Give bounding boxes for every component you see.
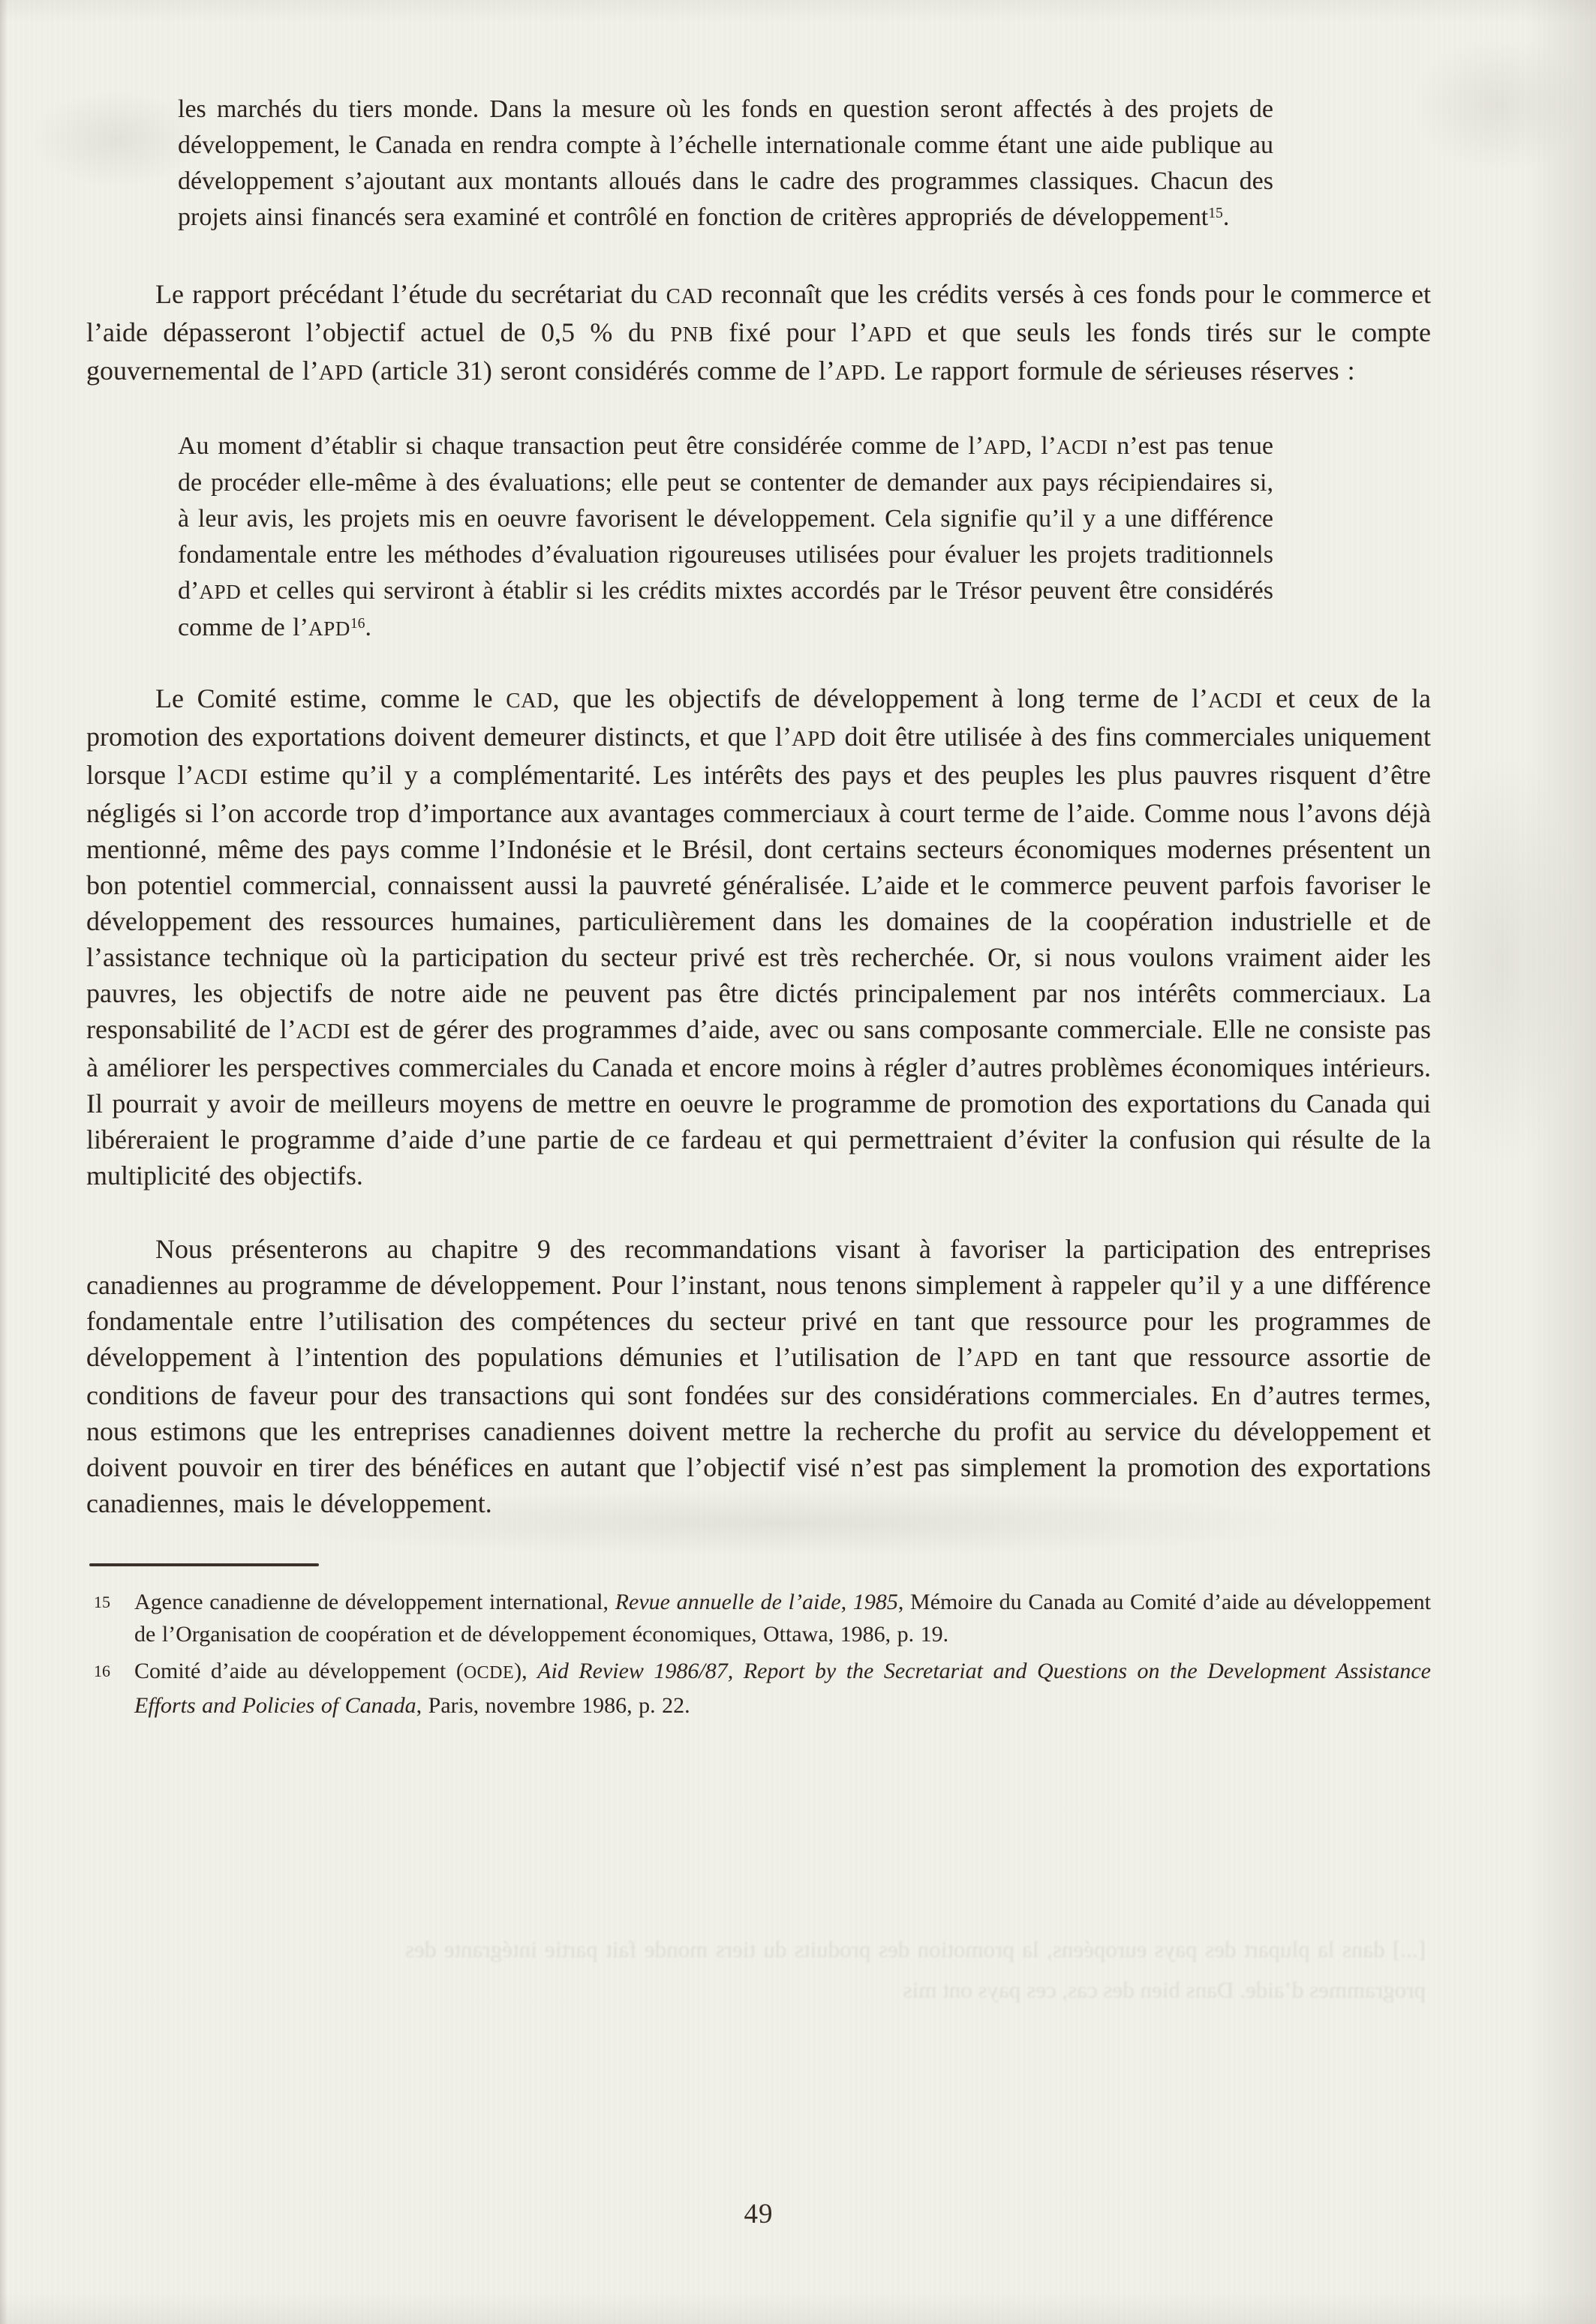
footnote-16: 16 Comité d’aide au développement (OCDE)… (86, 1655, 1431, 1722)
page-number: 49 (86, 2198, 1431, 2230)
blockquote-cad-reserves: Au moment d’établir si chaque transactio… (178, 428, 1273, 649)
bleedthrough-blob (1411, 38, 1583, 173)
footnote-text: Agence canadienne de développement inter… (134, 1590, 1431, 1647)
footnote-15: 15 Agence canadienne de développement in… (86, 1586, 1431, 1650)
quote-continuation: les marchés du tiers monde. Dans la mesu… (178, 92, 1273, 239)
scanned-book-page: [...] dans la plupart des pays européens… (0, 0, 1596, 2324)
footnote-marker: 15 (94, 1586, 110, 1618)
paragraph-chapitre-9: Nous présenterons au chapitre 9 des reco… (86, 1231, 1431, 1521)
text-block: les marchés du tiers monde. Dans la mesu… (86, 92, 1431, 1726)
paragraph-rapport-cad: Le rapport précédant l’étude du secrétar… (86, 276, 1431, 391)
footnote-marker: 16 (94, 1655, 110, 1687)
footnote-separator-rule (89, 1563, 319, 1566)
bleedthrough-ghost-text: [...] dans la plupart des pays européens… (405, 1929, 1426, 2010)
footnote-text: Comité d’aide au développement (OCDE), A… (134, 1659, 1431, 1718)
paragraph-comite-estime: Le Comité estime, comme le CAD, que les … (86, 680, 1431, 1194)
footnotes: 15 Agence canadienne de développement in… (86, 1586, 1431, 1722)
bleedthrough-blob (1422, 750, 1579, 1170)
